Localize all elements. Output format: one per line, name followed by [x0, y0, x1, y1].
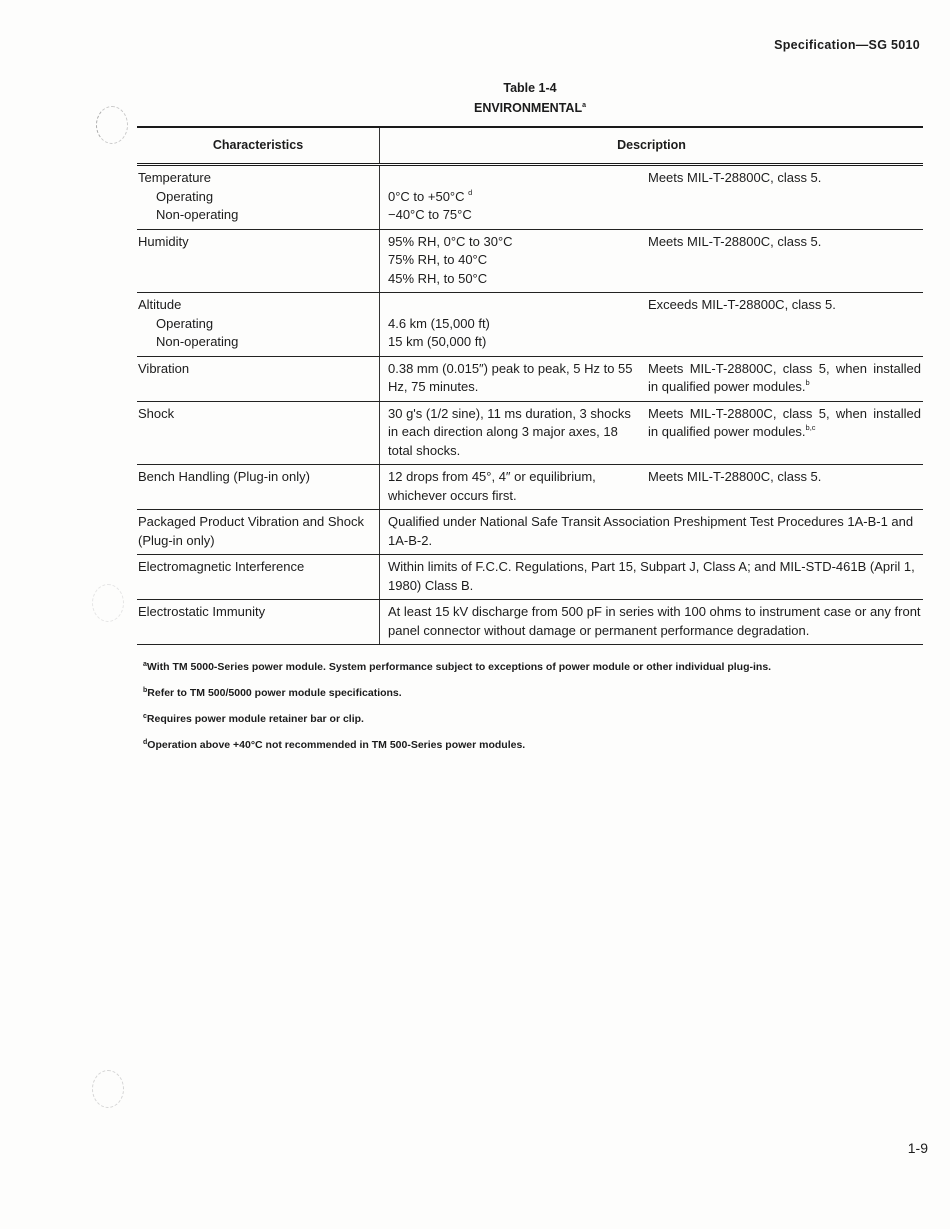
footnote-ref: b [806, 378, 810, 387]
characteristic-cell: Electrostatic Immunity [137, 600, 380, 645]
description-cell: Meets MIL-T-28800C, class 5, when instal… [638, 401, 923, 465]
table-row: Shock30 g's (1/2 sine), 11 ms duration, … [137, 401, 923, 465]
environmental-table: Characteristics Description TemperatureO… [137, 126, 923, 645]
description-cell: Meets MIL-T-28800C, class 5, when instal… [638, 356, 923, 401]
characteristic-cell: Electromagnetic Interference [137, 555, 380, 600]
footnote-text: Requires power module retainer bar or cl… [147, 713, 364, 725]
value-line: −40°C to 75°C [388, 206, 638, 225]
characteristic-sub-item: Non-operating [138, 206, 379, 225]
spacer [388, 296, 638, 315]
table-row: Electrostatic ImmunityAt least 15 kV dis… [137, 600, 923, 645]
table-row: Electromagnetic InterferenceWithin limit… [137, 555, 923, 600]
footnotes: aWith TM 5000-Series power module. Syste… [143, 660, 933, 764]
characteristic-label: Electromagnetic Interference [138, 558, 379, 577]
footnote: aWith TM 5000-Series power module. Syste… [143, 660, 933, 674]
table-row: Humidity95% RH, 0°C to 30°C75% RH, to 40… [137, 229, 923, 293]
table-body: TemperatureOperatingNon-operating0°C to … [137, 165, 923, 645]
value-line: 0.38 mm (0.015″) peak to peak, 5 Hz to 5… [388, 360, 638, 397]
table-number: Table 1-4 [400, 80, 660, 97]
page-number: 1-9 [908, 1140, 928, 1156]
characteristic-label: Electrostatic Immunity [138, 603, 379, 622]
footnote: cRequires power module retainer bar or c… [143, 712, 933, 726]
table-caption: Table 1-4 ENVIRONMENTALa [400, 80, 660, 117]
characteristic-sub-item: Non-operating [138, 333, 379, 352]
footnote-text: Operation above +40°C not recommended in… [147, 739, 525, 751]
table-header-row: Characteristics Description [137, 127, 923, 165]
value-cell: 95% RH, 0°C to 30°C75% RH, to 40°C45% RH… [380, 229, 639, 293]
description-cell: Within limits of F.C.C. Regulations, Par… [380, 555, 924, 600]
characteristic-label: Shock [138, 405, 379, 424]
footnote-text: With TM 5000-Series power module. System… [147, 661, 771, 673]
footnote: bRefer to TM 500/5000 power module speci… [143, 686, 933, 700]
value-line: 95% RH, 0°C to 30°C [388, 233, 638, 252]
binder-punch-hole-icon [96, 106, 128, 144]
table-row: Packaged Product Vibration and Shock (Pl… [137, 510, 923, 555]
characteristic-cell: Shock [137, 401, 380, 465]
value-cell: 0.38 mm (0.015″) peak to peak, 5 Hz to 5… [380, 356, 639, 401]
column-header-characteristics: Characteristics [137, 127, 380, 165]
description-cell: Meets MIL-T-28800C, class 5. [638, 229, 923, 293]
table-title: ENVIRONMENTALa [400, 97, 660, 117]
column-header-description: Description [380, 127, 924, 165]
table-row: Bench Handling (Plug-in only)12 drops fr… [137, 465, 923, 510]
characteristic-cell: AltitudeOperatingNon-operating [137, 293, 380, 357]
description-cell: Meets MIL-T-28800C, class 5. [638, 165, 923, 230]
value-line: 12 drops from 45°, 4″ or equilibrium, wh… [388, 468, 638, 505]
value-cell: 30 g's (1/2 sine), 11 ms duration, 3 sho… [380, 401, 639, 465]
table-row: Vibration0.38 mm (0.015″) peak to peak, … [137, 356, 923, 401]
characteristic-sub-item: Operating [138, 315, 379, 334]
characteristic-cell: Packaged Product Vibration and Shock (Pl… [137, 510, 380, 555]
footnote-ref: a [582, 102, 586, 109]
footnote: dOperation above +40°C not recommended i… [143, 738, 933, 752]
description-cell: Meets MIL-T-28800C, class 5. [638, 465, 923, 510]
characteristic-label: Temperature [138, 169, 379, 188]
page-header: Specification—SG 5010 [774, 38, 920, 52]
characteristic-cell: Vibration [137, 356, 380, 401]
value-line: 4.6 km (15,000 ft) [388, 315, 638, 334]
value-cell: 12 drops from 45°, 4″ or equilibrium, wh… [380, 465, 639, 510]
binder-punch-hole-icon [92, 584, 124, 622]
characteristic-label: Vibration [138, 360, 379, 379]
description-cell: Exceeds MIL-T-28800C, class 5. [638, 293, 923, 357]
value-line: 0°C to +50°C d [388, 188, 638, 207]
characteristic-cell: Humidity [137, 229, 380, 293]
description-cell: Qualified under National Safe Transit As… [380, 510, 924, 555]
value-line: 45% RH, to 50°C [388, 270, 638, 289]
table-row: TemperatureOperatingNon-operating0°C to … [137, 165, 923, 230]
value-cell: 4.6 km (15,000 ft)15 km (50,000 ft) [380, 293, 639, 357]
characteristic-cell: TemperatureOperatingNon-operating [137, 165, 380, 230]
table-row: AltitudeOperatingNon-operating4.6 km (15… [137, 293, 923, 357]
characteristic-label: Altitude [138, 296, 379, 315]
footnote-ref: d [468, 188, 472, 197]
characteristic-sub-item: Operating [138, 188, 379, 207]
characteristic-label: Bench Handling (Plug-in only) [138, 468, 379, 487]
value-line: 75% RH, to 40°C [388, 251, 638, 270]
binder-punch-hole-icon [92, 1070, 124, 1108]
footnote-ref: b,c [806, 423, 816, 432]
characteristic-label: Humidity [138, 233, 379, 252]
footnote-text: Refer to TM 500/5000 power module specif… [147, 687, 401, 699]
value-line: 15 km (50,000 ft) [388, 333, 638, 352]
description-cell: At least 15 kV discharge from 500 pF in … [380, 600, 924, 645]
characteristic-cell: Bench Handling (Plug-in only) [137, 465, 380, 510]
value-line: 30 g's (1/2 sine), 11 ms duration, 3 sho… [388, 405, 638, 461]
spacer [388, 169, 638, 188]
characteristic-label: Packaged Product Vibration and Shock (Pl… [138, 513, 379, 550]
value-cell: 0°C to +50°C d−40°C to 75°C [380, 165, 639, 230]
